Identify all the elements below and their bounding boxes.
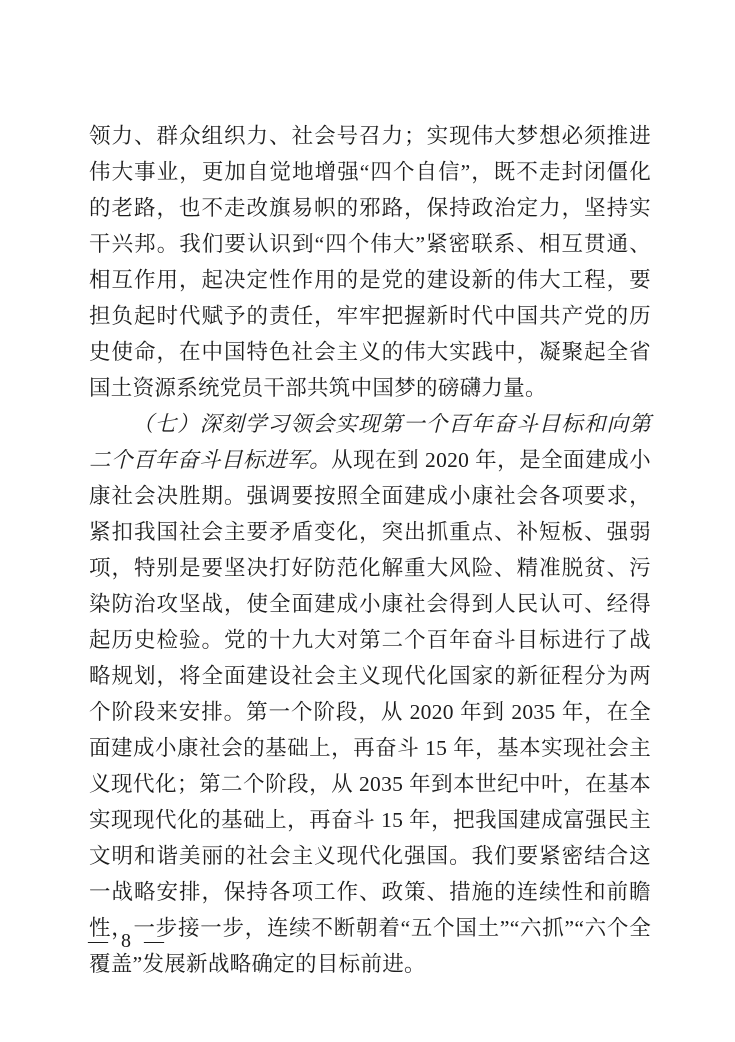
paragraph-section-seven: （七）深刻学习领会实现第一个百年奋斗目标和向第二个百年奋斗目标进军。从现在到 2… <box>89 406 651 982</box>
section-seven-body: 从现在到 2020 年，是全面建成小康社会决胜期。强调要按照全面建成小康社会各项… <box>89 448 651 976</box>
document-body: 领力、群众组织力、社会号召力；实现伟大梦想必须推进伟大事业，更加自觉地增强“四个… <box>89 118 651 982</box>
document-page: 领力、群众组织力、社会号召力；实现伟大梦想必须推进伟大事业，更加自觉地增强“四个… <box>0 0 735 1042</box>
paragraph-continuation: 领力、群众组织力、社会号召力；实现伟大梦想必须推进伟大事业，更加自觉地增强“四个… <box>89 118 651 406</box>
page-number: — 8 — <box>88 930 168 953</box>
